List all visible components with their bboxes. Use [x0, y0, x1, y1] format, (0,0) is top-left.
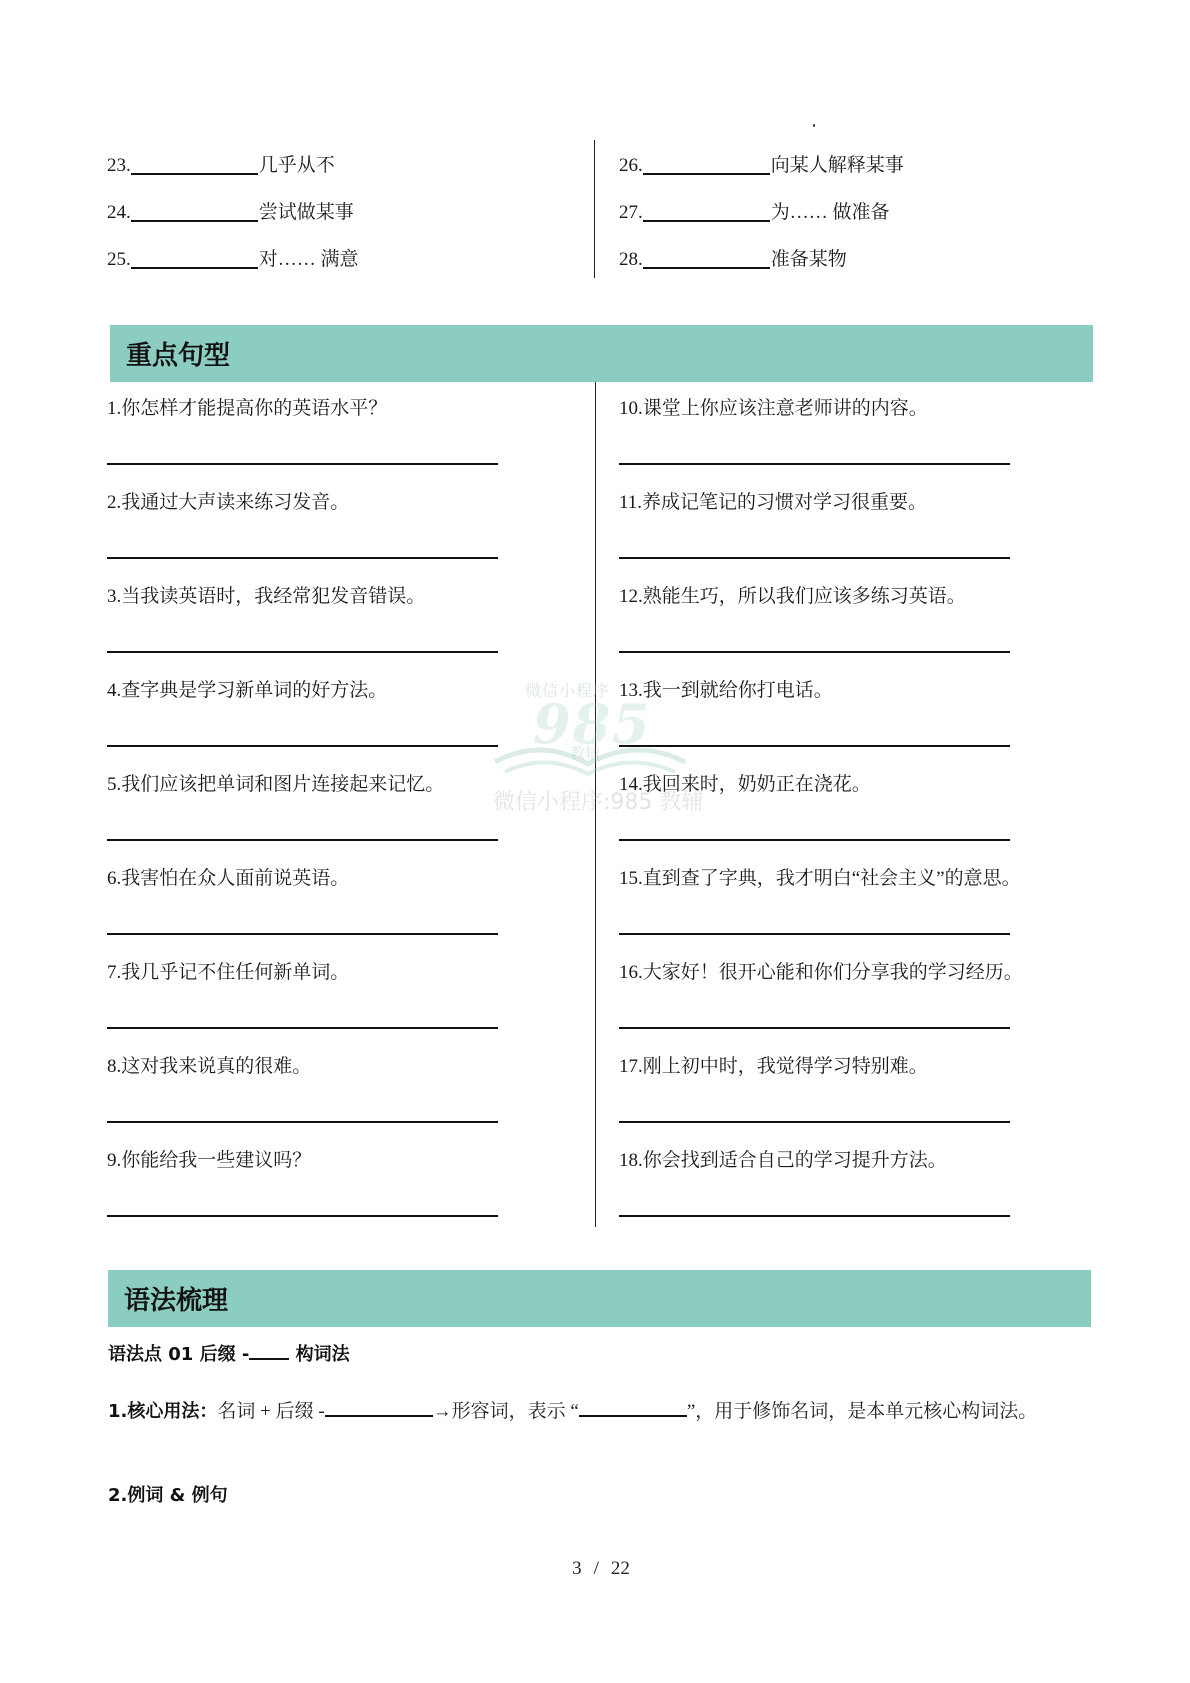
- vocabulary-column-right: 26. 向某人解释某事 27. 为…… 做准备 28. 准备某物: [619, 154, 904, 295]
- answer-blank[interactable]: [131, 201, 258, 222]
- sentence-prompt: 15.直到查了字典，我才明白“社会主义”的意思。: [619, 867, 1023, 891]
- sentence-prompt: 9.你能给我一些建议吗？: [107, 1149, 444, 1173]
- usage-label: 1.核心用法：: [108, 1401, 217, 1422]
- sentence-item: 2.我通过大声读来练习发音。: [107, 491, 444, 585]
- sentence-prompt: 17.刚上初中时，我觉得学习特别难。: [619, 1055, 1023, 1079]
- stray-mark: [813, 124, 815, 127]
- answer-line[interactable]: [619, 463, 1010, 465]
- sentence-prompt: 6.我害怕在众人面前说英语。: [107, 867, 444, 891]
- sentence-prompt: 5.我们应该把单词和图片连接起来记忆。: [107, 773, 444, 797]
- answer-line[interactable]: [619, 1027, 1010, 1029]
- sentence-item: 10.课堂上你应该注意老师讲的内容。: [619, 397, 1023, 491]
- answer-blank[interactable]: [131, 154, 258, 175]
- vocabulary-item: 23. 几乎从不: [107, 154, 359, 201]
- sentences-column-right: 10.课堂上你应该注意老师讲的内容。 11.养成记笔记的习惯对学习很重要。 12…: [619, 397, 1023, 1243]
- vocabulary-item: 26. 向某人解释某事: [619, 154, 904, 201]
- answer-line[interactable]: [619, 651, 1010, 653]
- answer-line[interactable]: [107, 463, 498, 465]
- sentence-item: 4.查字典是学习新单词的好方法。: [107, 679, 444, 773]
- sentences-column-left: 1.你怎样才能提高你的英语水平？ 2.我通过大声读来练习发音。 3.当我读英语时…: [107, 397, 444, 1243]
- section-header-grammar: 语法梳理: [108, 1270, 1091, 1327]
- sentence-item: 1.你怎样才能提高你的英语水平？: [107, 397, 444, 491]
- total-pages: 22: [599, 1558, 630, 1579]
- answer-line[interactable]: [619, 745, 1010, 747]
- sentence-prompt: 4.查字典是学习新单词的好方法。: [107, 679, 444, 703]
- page-separator: /: [582, 1558, 599, 1579]
- sentence-item: 12.熟能生巧，所以我们应该多练习英语。: [619, 585, 1023, 679]
- answer-line[interactable]: [107, 557, 498, 559]
- sentence-prompt: 1.你怎样才能提高你的英语水平？: [107, 397, 444, 421]
- column-divider: [594, 140, 595, 278]
- sentence-prompt: 18.你会找到适合自己的学习提升方法。: [619, 1149, 1023, 1173]
- sentence-prompt: 2.我通过大声读来练习发音。: [107, 491, 444, 515]
- item-number: 24.: [107, 201, 131, 225]
- answer-line[interactable]: [107, 1121, 498, 1123]
- sentence-item: 7.我几乎记不住任何新单词。: [107, 961, 444, 1055]
- sentence-item: 5.我们应该把单词和图片连接起来记忆。: [107, 773, 444, 867]
- sentence-item: 14.我回来时，奶奶正在浇花。: [619, 773, 1023, 867]
- key-sentences: 1.你怎样才能提高你的英语水平？ 2.我通过大声读来练习发音。 3.当我读英语时…: [107, 382, 1092, 1227]
- sentence-item: 6.我害怕在众人面前说英语。: [107, 867, 444, 961]
- sentence-item: 16.大家好！很开心能和你们分享我的学习经历。: [619, 961, 1023, 1055]
- chinese-meaning: 尝试做某事: [259, 201, 354, 225]
- sentence-prompt: 3.当我读英语时，我经常犯发音错误。: [107, 585, 444, 609]
- sentence-item: 18.你会找到适合自己的学习提升方法。: [619, 1149, 1023, 1243]
- suffix-answer-blank[interactable]: [325, 1395, 433, 1417]
- chinese-meaning: 为…… 做准备: [771, 201, 890, 225]
- vocabulary-fill-in: 23. 几乎从不 24. 尝试做某事 25. 对…… 满意 26. 向某人解释某…: [107, 140, 1092, 280]
- document-page: 23. 几乎从不 24. 尝试做某事 25. 对…… 满意 26. 向某人解释某…: [0, 0, 1190, 1683]
- sentence-prompt: 13.我一到就给你打电话。: [619, 679, 1023, 703]
- vocabulary-item: 28. 准备某物: [619, 248, 904, 295]
- sentence-item: 9.你能给我一些建议吗？: [107, 1149, 444, 1243]
- core-usage: 1.核心用法：名词 + 后缀 -→形容词，表示 “”，用于修饰名词，是本单元核心…: [108, 1388, 1093, 1435]
- sentence-item: 3.当我读英语时，我经常犯发音错误。: [107, 585, 444, 679]
- answer-line[interactable]: [619, 557, 1010, 559]
- grammar-point-suffix: 构词法: [289, 1344, 349, 1365]
- item-number: 28.: [619, 248, 643, 272]
- answer-line[interactable]: [107, 745, 498, 747]
- sentence-prompt: 11.养成记笔记的习惯对学习很重要。: [619, 491, 1023, 515]
- vocabulary-item: 24. 尝试做某事: [107, 201, 359, 248]
- current-page: 3: [560, 1558, 582, 1579]
- usage-text-2: →形容词，表示 “: [433, 1401, 579, 1422]
- answer-line[interactable]: [107, 651, 498, 653]
- column-divider: [595, 382, 596, 1227]
- sentence-item: 8.这对我来说真的很难。: [107, 1055, 444, 1149]
- section-title: 重点句型: [126, 335, 230, 372]
- sentence-prompt: 12.熟能生巧，所以我们应该多练习英语。: [619, 585, 1023, 609]
- answer-blank[interactable]: [643, 201, 770, 222]
- vocabulary-item: 27. 为…… 做准备: [619, 201, 904, 248]
- vocabulary-column-left: 23. 几乎从不 24. 尝试做某事 25. 对…… 满意: [107, 154, 359, 295]
- section-header-key-sentences: 重点句型: [110, 325, 1093, 382]
- examples-heading: 2.例词 & 例句: [108, 1484, 228, 1508]
- chinese-meaning: 几乎从不: [259, 154, 335, 178]
- answer-line[interactable]: [107, 839, 498, 841]
- answer-line[interactable]: [619, 1121, 1010, 1123]
- answer-line[interactable]: [107, 933, 498, 935]
- chinese-meaning: 准备某物: [771, 248, 847, 272]
- grammar-point-title: 语法点 01 后缀 - 构词法: [108, 1342, 350, 1367]
- answer-blank[interactable]: [131, 248, 258, 269]
- sentence-item: 17.刚上初中时，我觉得学习特别难。: [619, 1055, 1023, 1149]
- sentence-prompt: 10.课堂上你应该注意老师讲的内容。: [619, 397, 1023, 421]
- sentence-item: 15.直到查了字典，我才明白“社会主义”的意思。: [619, 867, 1023, 961]
- answer-line[interactable]: [619, 933, 1010, 935]
- sentence-item: 11.养成记笔记的习惯对学习很重要。: [619, 491, 1023, 585]
- vocabulary-item: 25. 对…… 满意: [107, 248, 359, 295]
- sentence-prompt: 16.大家好！很开心能和你们分享我的学习经历。: [619, 961, 1023, 985]
- item-number: 27.: [619, 201, 643, 225]
- answer-line[interactable]: [107, 1027, 498, 1029]
- item-number: 23.: [107, 154, 131, 178]
- item-number: 26.: [619, 154, 643, 178]
- meaning-answer-blank[interactable]: [579, 1395, 687, 1417]
- sentence-item: 13.我一到就给你打电话。: [619, 679, 1023, 773]
- sentence-prompt: 7.我几乎记不住任何新单词。: [107, 961, 444, 985]
- usage-text-3: ”，用于修饰名词，是本单元核心构词法。: [687, 1401, 1037, 1422]
- answer-line[interactable]: [619, 1215, 1010, 1217]
- answer-line[interactable]: [107, 1215, 498, 1217]
- answer-blank[interactable]: [643, 248, 770, 269]
- sentence-prompt: 14.我回来时，奶奶正在浇花。: [619, 773, 1023, 797]
- section-title: 语法梳理: [124, 1280, 228, 1317]
- usage-text-1: 名词 + 后缀 -: [217, 1401, 324, 1422]
- sentence-prompt: 8.这对我来说真的很难。: [107, 1055, 444, 1079]
- chinese-meaning: 对…… 满意: [259, 248, 359, 272]
- answer-line[interactable]: [619, 839, 1010, 841]
- answer-blank[interactable]: [643, 154, 770, 175]
- chinese-meaning: 向某人解释某事: [771, 154, 904, 178]
- page-number: 3/22: [0, 1558, 1190, 1580]
- item-number: 25.: [107, 248, 131, 272]
- grammar-point-prefix: 语法点 01 后缀 -: [108, 1344, 249, 1365]
- suffix-blank[interactable]: [249, 1342, 289, 1360]
